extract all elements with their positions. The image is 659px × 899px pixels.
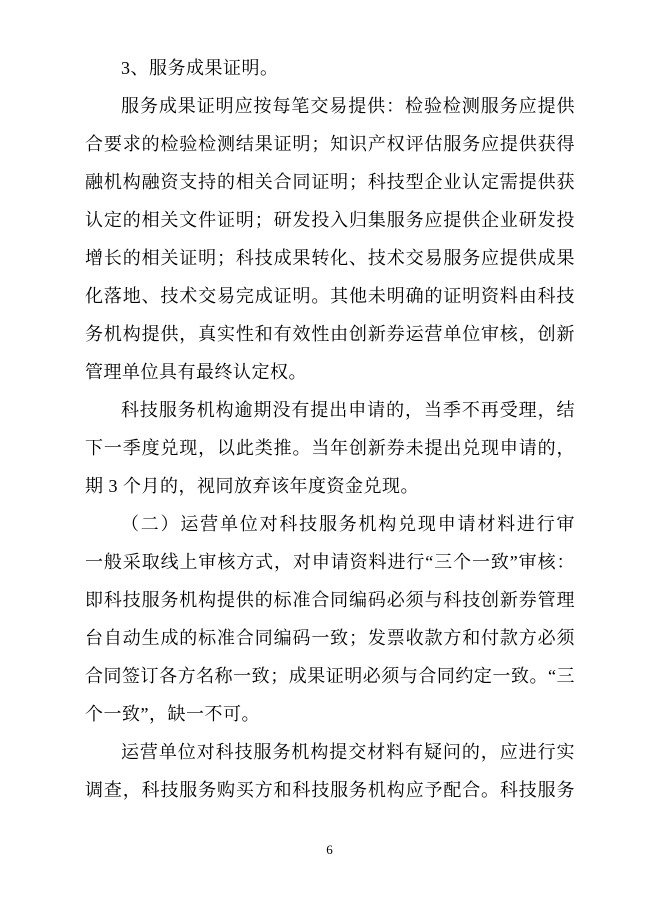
text-line: 科技服务机构逾期没有提出申请的，当季不再受理，结转 xyxy=(85,391,575,429)
text-line: 服务成果证明应按每笔交易提供：检验检测服务应提供符 xyxy=(85,87,575,125)
text-line: 增长的相关证明；科技成果转化、技术交易服务应提供成果转 xyxy=(85,239,575,277)
text-line: 台自动生成的标准合同编码一致；发票收款方和付款方必须与 xyxy=(85,619,575,657)
text-line: 务机构提供，真实性和有效性由创新券运营单位审核，创新券 xyxy=(85,315,575,353)
document-page: 3、服务成果证明。服务成果证明应按每笔交易提供：检验检测服务应提供符合要求的检验… xyxy=(0,0,659,899)
text-line: 管理单位具有最终认定权。 xyxy=(85,353,575,391)
text-line: 即科技服务机构提供的标准合同编码必须与科技创新券管理平 xyxy=(85,581,575,619)
text-line: 合要求的检验检测结果证明；知识产权评估服务应提供获得金 xyxy=(85,125,575,163)
page-number: 6 xyxy=(0,841,659,859)
text-line: 融机构融资支持的相关合同证明；科技型企业认定需提供获得 xyxy=(85,163,575,201)
text-line: 认定的相关文件证明；研发投入归集服务应提供企业研发投入 xyxy=(85,201,575,239)
text-line: 运营单位对科技服务机构提交材料有疑问的，应进行实地 xyxy=(85,733,575,771)
text-line: 调查，科技服务购买方和科技服务机构应予配合。科技服务购 xyxy=(85,771,575,809)
text-line: 化落地、技术交易完成证明。其他未明确的证明资料由科技服 xyxy=(85,277,575,315)
text-line: 合同签订各方名称一致；成果证明必须与合同约定一致。“三 xyxy=(85,657,575,695)
document-text: 3、服务成果证明。服务成果证明应按每笔交易提供：检验检测服务应提供符合要求的检验… xyxy=(85,49,575,809)
text-line: 下一季度兑现，以此类推。当年创新券未提出兑现申请的，逾 xyxy=(85,429,575,467)
text-line: 个一致”，缺一不可。 xyxy=(85,695,575,733)
text-line: （二）运营单位对科技服务机构兑现申请材料进行审核， xyxy=(85,505,575,543)
text-line: 期 3 个月的，视同放弃该年度资金兑现。 xyxy=(85,467,575,505)
text-line: 3、服务成果证明。 xyxy=(85,49,575,87)
text-line: 一般采取线上审核方式，对申请资料进行“三个一致”审核： xyxy=(85,543,575,581)
